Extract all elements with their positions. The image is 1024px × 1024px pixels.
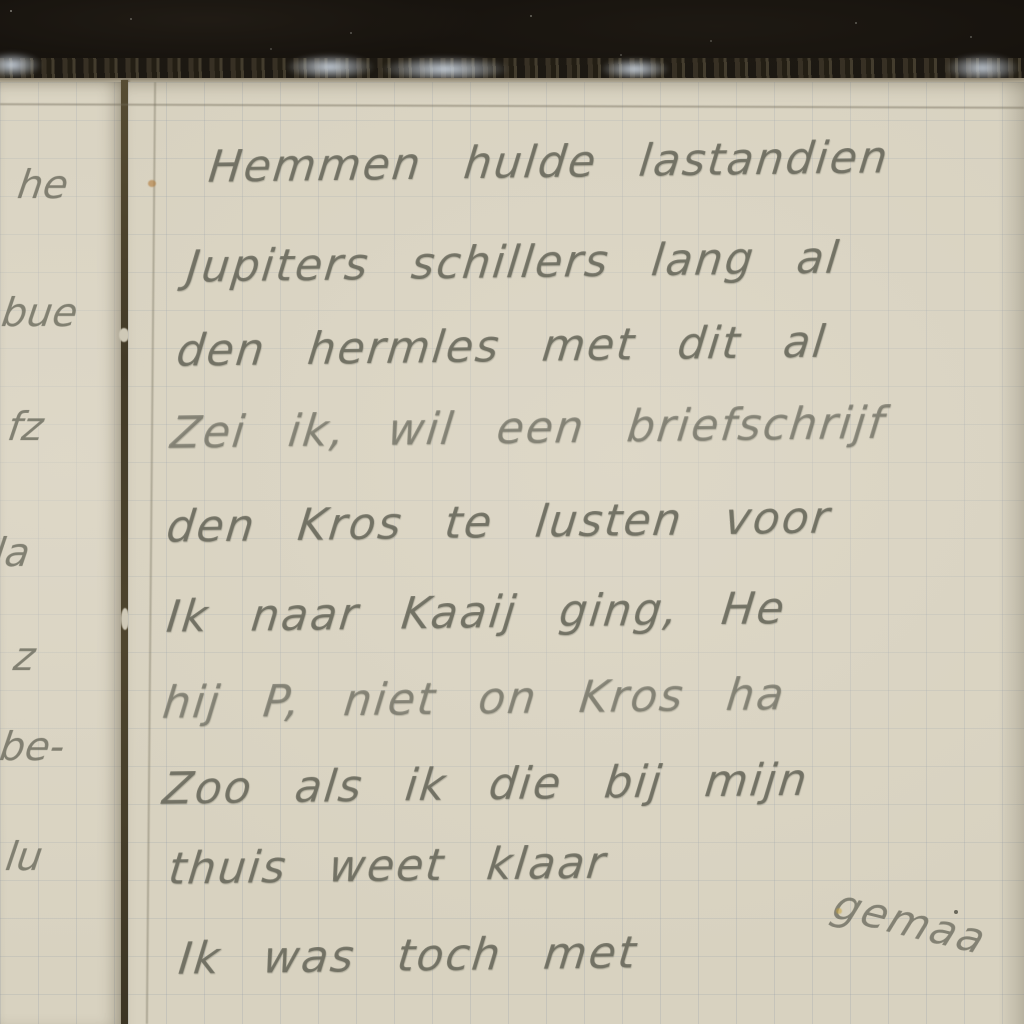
dark-speck	[954, 910, 958, 914]
left-page-fragment: lu	[3, 834, 46, 880]
paper-fiber-tuft	[600, 58, 670, 80]
handwriting-line-7: hij P, niet on Kros ha	[160, 669, 788, 729]
left-page-fragment: z	[11, 634, 38, 680]
left-page-fragment: he	[15, 162, 71, 208]
page-gutter	[121, 80, 128, 1024]
handwriting-line-2: Jupiters schillers lang al	[184, 233, 843, 293]
rust-stain	[148, 180, 156, 187]
left-page-fragment: fz	[5, 404, 47, 450]
handwriting-line-1: Hemmen hulde lastandien	[206, 133, 892, 193]
yellow-speck-stain	[836, 908, 842, 914]
handwriting-line-10: Ik was toch met	[176, 928, 640, 985]
left-page-fragment: be-	[0, 724, 68, 770]
cover-dust-specks	[10, 10, 12, 12]
left-page: he bue fz la z be- lu	[0, 82, 121, 1024]
handwriting-line-8: Zoo als ik die bij mijn	[160, 755, 811, 815]
handwriting-line-5: den Kros te lusten voor	[164, 493, 834, 553]
main-page: Hemmen hulde lastandien Jupiters schille…	[128, 82, 1024, 1024]
handwriting-line-4: Zei ik, wil een briefschrijf	[168, 398, 888, 459]
handwriting-diagonal-word: gemaa	[826, 880, 994, 964]
handwriting-line-6: Ik naar Kaaij ging, He	[164, 583, 789, 643]
handwriting-line-3: den hermles met dit al	[174, 317, 829, 377]
manuscript-scan: he bue fz la z be- lu Hemmen hulde lasta…	[0, 0, 1024, 1024]
underlying-page-edge-vertical	[146, 82, 156, 1024]
left-page-fragment: la	[0, 530, 33, 576]
paper-fiber-tuft	[285, 54, 375, 80]
book-cover-strip	[0, 0, 1024, 66]
left-page-fragment: bue	[0, 290, 81, 336]
page-curve-shadow	[998, 82, 1024, 1024]
handwriting-line-9: thuis weet klaar	[166, 838, 610, 895]
